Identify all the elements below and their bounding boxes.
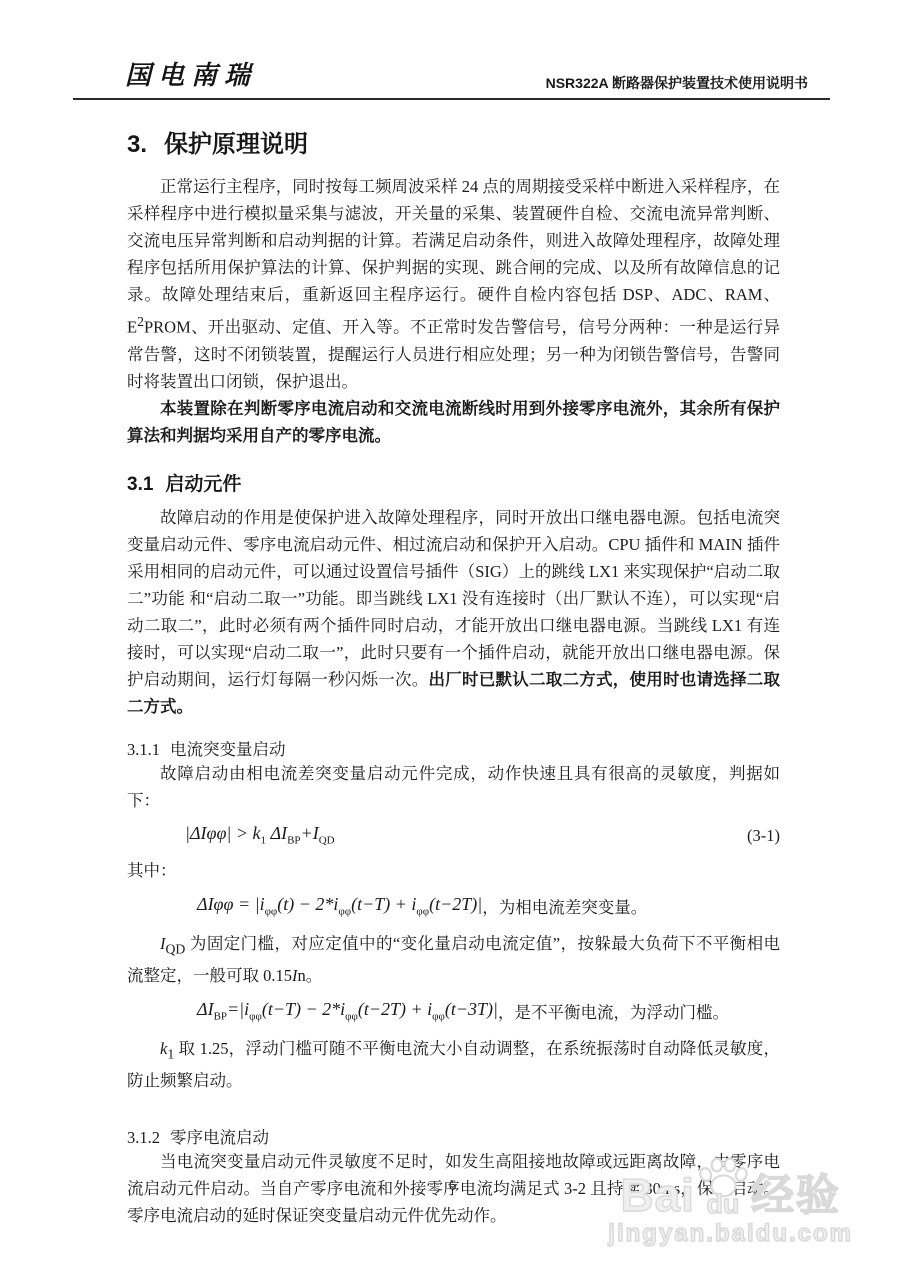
paragraph-startup-element: 故障启动的作用是使保护进入故障处理程序，同时开放出口继电器电源。包括电流突变量启… xyxy=(127,504,780,720)
paragraph-iqd-threshold: IQD 为固定门槛，对应定值中的“变化量启动电流定值”，按躲最大负荷下不平衡相电… xyxy=(127,930,780,989)
watermark-brand-cn: 经验 xyxy=(751,1175,841,1218)
label-among: 其中： xyxy=(127,857,780,884)
document-page: 国电南瑞 NSR322A 断路器保护装置技术使用说明书 3.保护原理说明 正常运… xyxy=(0,0,905,1280)
paragraph-sudden-change-intro: 故障启动由相电流差突变量启动元件完成，动作快速且具有很高的灵敏度，判据如下： xyxy=(127,760,780,814)
page-header: 国电南瑞 NSR322A 断路器保护装置技术使用说明书 xyxy=(73,54,830,100)
brand-logo: 国电南瑞 xyxy=(125,55,257,92)
watermark-brand: Bai du 经验 xyxy=(608,1157,853,1218)
heading-label: 零序电流启动 xyxy=(170,1128,269,1147)
formula-delta-definition: ΔIφφ = |iφφ(t) − 2*iφφ(t−T) + iφφ(t−2T)|… xyxy=(127,891,780,925)
heading-number: 3.1.2 xyxy=(127,1128,160,1147)
watermark-url: jingyan.baidu.com xyxy=(608,1222,853,1246)
heading-number: 3.1.1 xyxy=(127,740,160,759)
paragraph-k1-factor: k1 取 1.25，浮动门槛可随不平衡电流大小自动调整，在系统振荡时自动降低灵敏… xyxy=(127,1035,780,1094)
heading-number: 3.1 xyxy=(127,474,153,495)
document-content: 3.保护原理说明 正常运行主程序，同时按每工频周波采样 24 点的周期接受采样中… xyxy=(127,118,780,1229)
formula-note: ，为相电流差突变量。 xyxy=(482,895,647,921)
heading-label: 电流突变量启动 xyxy=(170,740,286,759)
formula-note: ，是不平衡电流，为浮动门槛。 xyxy=(498,1000,729,1026)
watermark-du-stack: du xyxy=(697,1157,749,1218)
section-3-1-2-heading: 3.1.2零序电流启动 xyxy=(127,1124,780,1148)
watermark-brand-latin-1: Bai xyxy=(620,1172,695,1218)
formula-math: ΔIBP=|iφφ(t−T) − 2*iφφ(t−2T) + iφφ(t−3T)… xyxy=(197,996,498,1030)
equation-number: (3-1) xyxy=(747,823,780,849)
header-title: NSR322A 断路器保护装置技术使用说明书 xyxy=(546,73,808,93)
formula-math: ΔIφφ = |iφφ(t) − 2*iφφ(t−T) + iφφ(t−2T)| xyxy=(197,891,482,925)
formula-math: |ΔIφφ| > k1 ΔIBP+IQD xyxy=(185,820,335,854)
watermark-brand-latin-2: du xyxy=(706,1191,739,1218)
paragraph-main-program: 正常运行主程序，同时按每工频周波采样 24 点的周期接受采样中断进入采样程序，在… xyxy=(127,173,780,395)
section-3-1-heading: 3.1启动元件 xyxy=(127,469,780,496)
paragraph-zero-sequence-note: 本装置除在判断零序电流启动和交流电流断线时用到外接零序电流外，其余所有保护算法和… xyxy=(127,395,780,449)
heading-number: 3. xyxy=(127,131,147,158)
section-3-1-1-heading: 3.1.1电流突变量启动 xyxy=(127,736,780,760)
heading-label: 启动元件 xyxy=(165,474,241,495)
heading-label: 保护原理说明 xyxy=(164,131,308,158)
formula-3-1: |ΔIφφ| > k1 ΔIBP+IQD (3-1) xyxy=(127,820,780,854)
watermark: Bai du 经验 jingyan.baidu.com xyxy=(608,1157,853,1246)
formula-bp-definition: ΔIBP=|iφφ(t−T) − 2*iφφ(t−2T) + iφφ(t−3T)… xyxy=(127,996,780,1030)
section-3-heading: 3.保护原理说明 xyxy=(127,124,780,159)
